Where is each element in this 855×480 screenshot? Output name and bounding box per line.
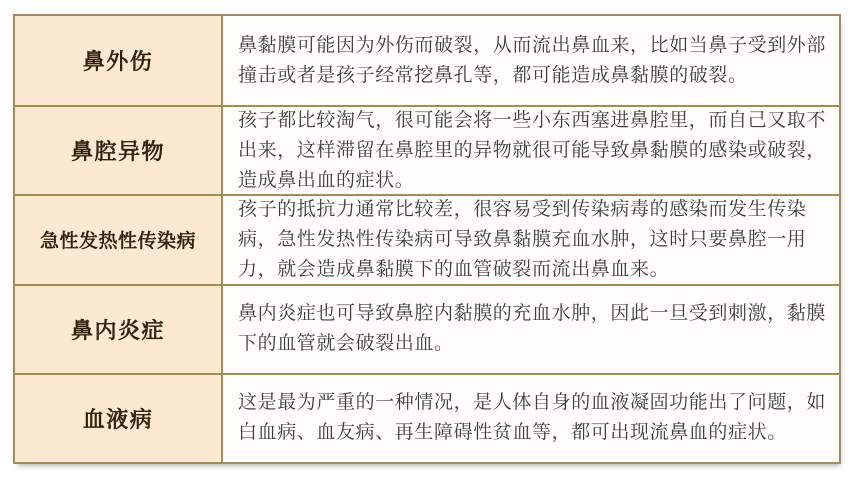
cause-description-cell: 鼻内炎症也可导致鼻腔内黏膜的充血水肿，因此一旦受到刺激，黏膜下的血管就会破裂出血… bbox=[221, 284, 839, 373]
cause-description-cell: 孩子都比较淘气，很可能会将一些小东西塞进鼻腔里，而自己又取不出来，这样滞留在鼻腔… bbox=[221, 105, 839, 194]
nosebleed-causes-table: 鼻外伤 鼻黏膜可能因为外伤而破裂，从而流出鼻血来，比如当鼻子受到外部撞击或者是孩… bbox=[13, 14, 841, 464]
page: 鼻外伤 鼻黏膜可能因为外伤而破裂，从而流出鼻血来，比如当鼻子受到外部撞击或者是孩… bbox=[0, 0, 855, 480]
cause-description-cell: 这是最为严重的一种情况，是人体自身的血液凝固功能出了问题，如白血病、血友病、再生… bbox=[221, 373, 839, 462]
cause-description-text: 孩子的抵抗力通常比较差，很容易受到传染病毒的感染而发生传染病，急性发热性传染病可… bbox=[238, 195, 831, 284]
cause-description-cell: 孩子的抵抗力通常比较差，很容易受到传染病毒的感染而发生传染病，急性发热性传染病可… bbox=[221, 194, 839, 283]
cause-label-cell: 鼻腔异物 bbox=[15, 105, 221, 194]
cause-description-text: 鼻黏膜可能因为外伤而破裂，从而流出鼻血来，比如当鼻子受到外部撞击或者是孩子经常挖… bbox=[238, 31, 831, 91]
cause-description-text: 孩子都比较淘气，很可能会将一些小东西塞进鼻腔里，而自己又取不出来，这样滞留在鼻腔… bbox=[238, 106, 831, 195]
cause-description-text: 鼻内炎症也可导致鼻腔内黏膜的充血水肿，因此一旦受到刺激，黏膜下的血管就会破裂出血… bbox=[238, 299, 831, 359]
cause-label-cell: 鼻内炎症 bbox=[15, 284, 221, 373]
cause-label-cell: 血液病 bbox=[15, 373, 221, 462]
cause-description-text: 这是最为严重的一种情况，是人体自身的血液凝固功能出了问题，如白血病、血友病、再生… bbox=[238, 388, 831, 448]
cause-label-cell: 鼻外伤 bbox=[15, 16, 221, 105]
cause-description-cell: 鼻黏膜可能因为外伤而破裂，从而流出鼻血来，比如当鼻子受到外部撞击或者是孩子经常挖… bbox=[221, 16, 839, 105]
cause-label-cell: 急性发热性传染病 bbox=[15, 194, 221, 283]
